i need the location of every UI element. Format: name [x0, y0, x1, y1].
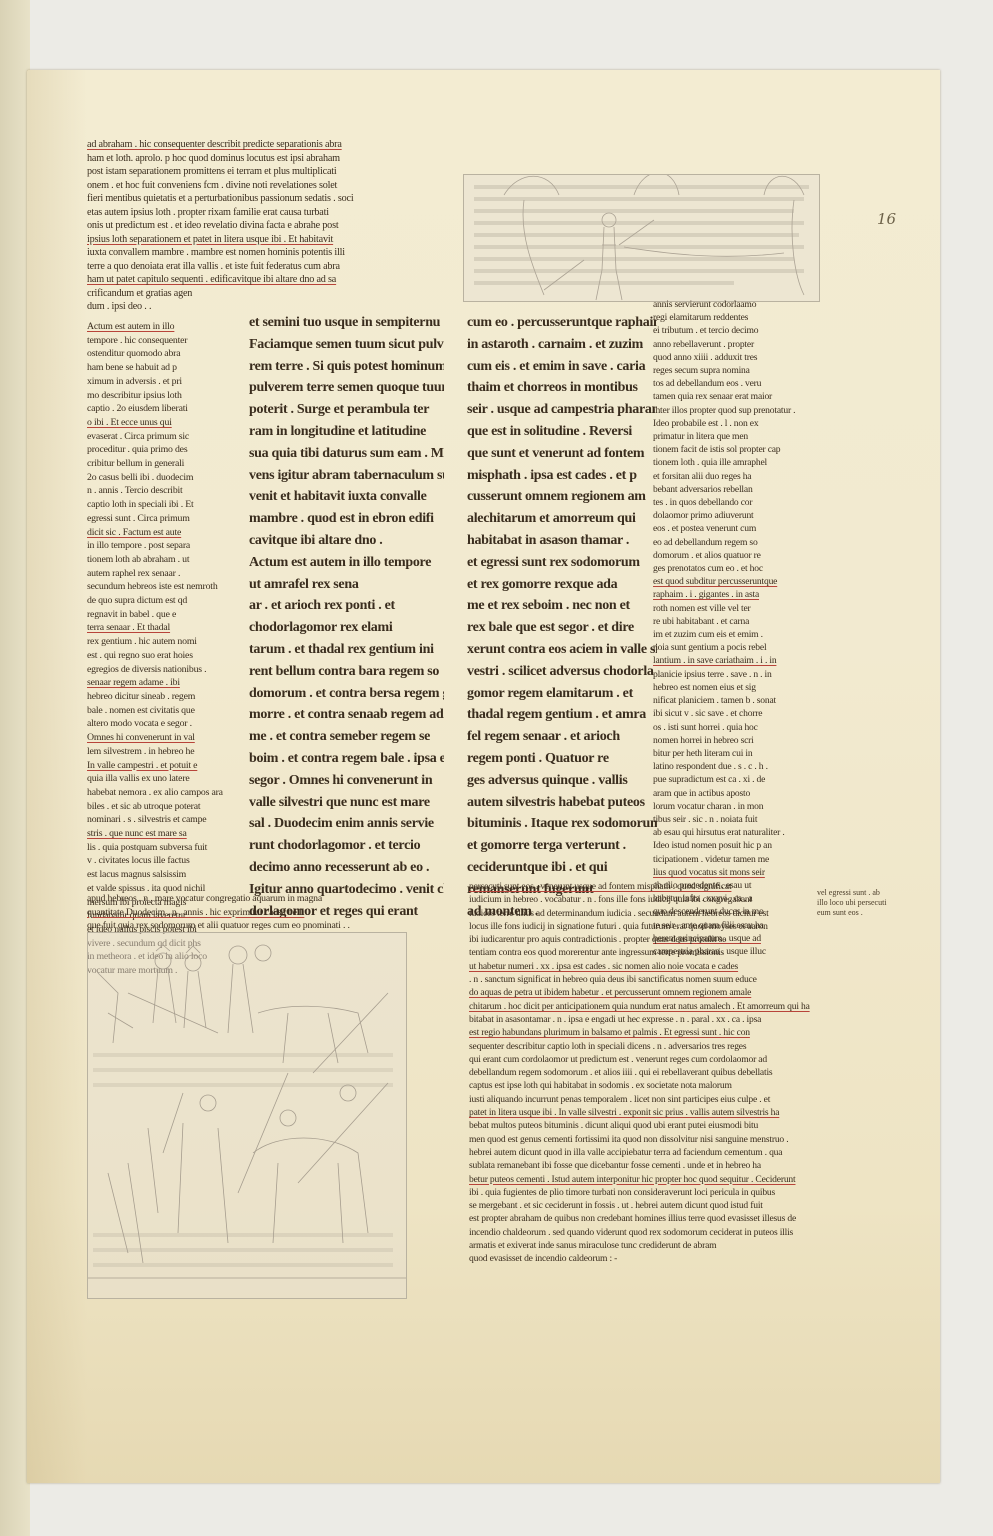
- text-line: egregios de diversis nationibus .: [87, 663, 252, 677]
- text-line: ges prenotatos cum eo . et hoc: [653, 562, 833, 575]
- text-line: post istam separationem promittens ei te…: [87, 165, 427, 179]
- text-line: cribitur bellum in generali: [87, 457, 252, 471]
- text-line: ges adversus quinque . vallis: [467, 770, 657, 792]
- text-line: betur puteos cementi . Istud autem inter…: [469, 1173, 829, 1186]
- text-line: noia sunt gentium a pocis rebel: [653, 641, 833, 654]
- text-line: et gomorre terga verterunt .: [467, 835, 657, 857]
- text-line: pulverem terre semen quoque tuum numerar…: [249, 377, 444, 399]
- text-line: pue supradictum est ca . xi . de: [653, 773, 833, 786]
- text-column-2: cum eo . percusseruntque raphaimin astar…: [467, 312, 657, 922]
- text-line: xerunt contra eos aciem in valle sil: [467, 639, 657, 661]
- text-line: cum eo . percusseruntque raphaim: [467, 312, 657, 334]
- text-line: lantium . in save cariathaim . i . in: [653, 654, 833, 667]
- text-line: thadal regem gentium . et amra: [467, 704, 657, 726]
- manuscript-page: 16 ad abraham . hic consequenter describ…: [27, 70, 940, 1483]
- text-line: in illo tempore . post separa: [87, 539, 252, 553]
- text-line: rem terre . Si quis potest hominum numer…: [249, 356, 444, 378]
- text-line: captio . 2o eiusdem liberati: [87, 402, 252, 416]
- text-line: venit et habitavit iuxta convalle: [249, 486, 444, 508]
- text-line: et semini tuo usque in sempiternu .: [249, 312, 444, 334]
- text-line: decimo anno recesserunt ab eo .: [249, 857, 444, 879]
- text-line: debellandum regem sodomorum . et alios i…: [469, 1066, 829, 1079]
- text-line: illo loco ubi persecuti: [817, 898, 887, 908]
- text-line: onem . et hoc fuit conveniens fcm . divi…: [87, 179, 427, 193]
- text-line: rex gentium . hic autem nomi: [87, 635, 252, 649]
- text-line: vens igitur abram tabernaculum suum .: [249, 465, 444, 487]
- text-line: . n . sanctum significat in hebreo quia …: [469, 973, 829, 986]
- text-line: misphath . ipsa est cades . et p: [467, 465, 657, 487]
- text-line: tibus seir . sic . n . noiata fuit: [653, 813, 833, 826]
- text-line: latino respondent due . s . c . h .: [653, 760, 833, 773]
- text-line: cum eis . et emim in save . caria: [467, 356, 657, 378]
- text-line: valle silvestri que nunc est mare: [249, 792, 444, 814]
- text-line: quia illa vallis ex uno latere: [87, 772, 252, 786]
- text-line: inter illos propter quod sup prenotatur …: [653, 404, 833, 417]
- text-line: tamen quia rex senaar erat maior: [653, 390, 833, 403]
- text-line: iusti aliquando incurrunt penas temporal…: [469, 1093, 829, 1106]
- text-line: ut amrafel rex sena: [249, 574, 444, 596]
- text-line: eum sunt eos .: [817, 908, 887, 918]
- folio-number: 16: [877, 210, 896, 228]
- text-line: fieri mentibus quietatis et a perturbati…: [87, 192, 427, 206]
- text-line: et rex gomorre rexque ada: [467, 574, 657, 596]
- text-line: secundum hebreos iste est nemroth: [87, 580, 252, 594]
- text-line: vel egressi sunt . ab: [817, 888, 887, 898]
- text-line: captio loth in speciali ibi . Et: [87, 498, 252, 512]
- illustration-top-drawing: [463, 174, 820, 302]
- text-line: v . civitates locus ille factus: [87, 854, 252, 868]
- text-line: habitabat in asason thamar .: [467, 530, 657, 552]
- text-line: bebat multos puteos bituminis . dicunt a…: [469, 1119, 829, 1132]
- text-line: mo describitur ipsius loth: [87, 389, 252, 403]
- text-line: ipsius loth separationem et patet in lit…: [87, 233, 427, 247]
- text-line: Actum est autem in illo tempore: [249, 552, 444, 574]
- text-line: chitarum . hoc dicit per anticipationem …: [469, 1000, 829, 1013]
- gloss-bottom-left: apud hebreos . n . mare vocatur congrega…: [87, 892, 427, 933]
- text-line: Ideo probabile est . l . non ex: [653, 417, 833, 430]
- text-line: segor . Omnes hi convenerunt in: [249, 770, 444, 792]
- text-line: ham ut patet capitulo sequenti . edifica…: [87, 273, 427, 287]
- text-line: tarum . et thadal rex gentium ini: [249, 639, 444, 661]
- text-line: n . annis . Tercio describit: [87, 484, 252, 498]
- book-gutter: [0, 0, 30, 1536]
- text-line: bitabat in asasontamar . n . ipsa e enga…: [469, 1013, 829, 1026]
- text-line: autem raphel rex senaar .: [87, 567, 252, 581]
- text-line: regem ponti . Quatuor re: [467, 748, 657, 770]
- text-line: re ubi habitabant . et carna: [653, 615, 833, 628]
- text-line: tempore . hic consequenter: [87, 334, 252, 348]
- text-line: ibi sicut v . sic save . et chorre: [653, 707, 833, 720]
- text-column-1: et semini tuo usque in sempiternu .Facia…: [249, 312, 444, 922]
- text-line: qui erant cum cordolaomor ut predictum e…: [469, 1053, 829, 1066]
- text-line: biles . et sic ab utroque poterat: [87, 800, 252, 814]
- text-line: incendio chaldeorum . sed quando viderun…: [469, 1226, 829, 1239]
- text-line: Actum est autem in illo: [87, 320, 252, 334]
- text-line: et forsitan alii duo reges ha: [653, 470, 833, 483]
- text-line: iudices terre illius ad determinandum iu…: [469, 907, 829, 920]
- text-line: Ideo istud nomen posuit hic p an: [653, 839, 833, 852]
- text-line: ticipationem . videtur tamen me: [653, 853, 833, 866]
- text-line: ei tributum . et tercio decimo: [653, 324, 833, 337]
- text-line: dolaomor primo adiuverunt: [653, 509, 833, 522]
- text-line: annis servierunt codorlaamo: [653, 298, 833, 311]
- text-line: ut habetur numeri . xx . ipsa est cades …: [469, 960, 829, 973]
- text-line: tes . in quos debellando cor: [653, 496, 833, 509]
- gloss-top: ad abraham . hic consequenter describit …: [87, 138, 427, 314]
- text-line: ham et loth. aprolo. p hoc quod dominus …: [87, 152, 427, 166]
- gloss-right-column: annis servierunt codorlaamoregi elamitar…: [653, 298, 833, 958]
- text-line: o ibi . Et ecce unus qui: [87, 416, 252, 430]
- text-line: regi elamitarum reddentes: [653, 311, 833, 324]
- text-line: sequenter describitur captio loth in spe…: [469, 1040, 829, 1053]
- text-line: egressi sunt . Circa primum: [87, 512, 252, 526]
- text-line: terre a quo denoiata erat illa vallis . …: [87, 260, 427, 274]
- text-line: 2o casus belli ibi . duodecim: [87, 471, 252, 485]
- text-line: habebat nemora . ex alio campos ara: [87, 786, 252, 800]
- text-line: men quod est genus cementi fortissimi it…: [469, 1133, 829, 1146]
- text-line: evaserat . Circa primum sic: [87, 430, 252, 444]
- text-line: tentiam contra eos quod morerentur ante …: [469, 946, 829, 959]
- text-line: nomen horrei in hebreo scri: [653, 734, 833, 747]
- marginal-note: vel egressi sunt . abillo loco ubi perse…: [817, 888, 887, 918]
- underdrawing-figure-trees-icon: [464, 175, 819, 301]
- text-line: os . isti sunt horrei . quia hoc: [653, 721, 833, 734]
- text-line: primatur in litera que men: [653, 430, 833, 443]
- text-line: cavitque ibi altare dno .: [249, 530, 444, 552]
- text-line: nificat planiciem . tamen b . sonat: [653, 694, 833, 707]
- text-line: Omnes hi convenerunt in val: [87, 731, 252, 745]
- text-line: senaar regem adame . ibi: [87, 676, 252, 690]
- text-line: ibi iudicarentur pro aquis contradiction…: [469, 933, 829, 946]
- text-line: vestri . scilicet adversus chodorla: [467, 661, 657, 683]
- text-line: morre . et contra senaab regem ada: [249, 704, 444, 726]
- text-line: se mergebant . et sic ceciderunt in foss…: [469, 1199, 829, 1212]
- text-line: iuxta convallem mambre . mambre est nome…: [87, 246, 427, 260]
- text-line: planicie ipsius terre . save . n . in: [653, 668, 833, 681]
- illustration-bottom-drawing: [87, 932, 407, 1299]
- text-line: lem silvestrem . in hebreo he: [87, 745, 252, 759]
- text-line: hebreo est nomen eius et sig: [653, 681, 833, 694]
- text-line: roth nomen est ville vel ter: [653, 602, 833, 615]
- text-line: que est in solitudine . Reversi: [467, 421, 657, 443]
- text-line: sua quia tibi daturus sum eam . Mo: [249, 443, 444, 465]
- text-line: tionem loth . quia ille amraphel: [653, 456, 833, 469]
- text-line: aram que in actibus aposto: [653, 787, 833, 800]
- text-line: proceditur . quia primo des: [87, 443, 252, 457]
- text-line: fel regem senaar . et arioch: [467, 726, 657, 748]
- text-line: tos ad debellandum eos . veru: [653, 377, 833, 390]
- text-line: lius quod vocatus sit mons seir: [653, 866, 833, 879]
- text-line: est propter abraham de quibus non credeb…: [469, 1212, 829, 1225]
- text-line: eo ad debellandum regem so: [653, 536, 833, 549]
- underdrawing-battle-scene-icon: [88, 933, 406, 1298]
- text-line: tionem facit de istis sol propter cap: [653, 443, 833, 456]
- text-line: gomor regem elamitarum . et: [467, 683, 657, 705]
- text-line: In valle campestri . et potuit e: [87, 759, 252, 773]
- text-line: sublata remanebant ibi fosse que diceban…: [469, 1159, 829, 1172]
- text-line: hebreo dicitur sineab . regem: [87, 690, 252, 704]
- text-line: reges secum supra nomina: [653, 364, 833, 377]
- text-line: hebrei autem dicunt quod in illa valle a…: [469, 1146, 829, 1159]
- text-line: seir . usque ad campestria pharan: [467, 399, 657, 421]
- text-line: apud hebreos . n . mare vocatur congrega…: [87, 892, 427, 906]
- text-line: cusserunt omnem regionem am: [467, 486, 657, 508]
- text-line: do aquas de petra ut ibidem habetur . et…: [469, 986, 829, 999]
- text-line: que fuit quia rex sodomorum et alii quat…: [87, 919, 427, 933]
- text-line: eos . et postea venerunt cum: [653, 522, 833, 535]
- text-line: tionem loth ab abraham . ut: [87, 553, 252, 567]
- text-line: ibi . quia fugientes de plio timore turb…: [469, 1186, 829, 1199]
- text-line: bitur per heth literam cui in: [653, 747, 833, 760]
- text-line: boim . et contra regem bale . ipsa est: [249, 748, 444, 770]
- text-line: etas autem ipsius loth . propter rixam f…: [87, 206, 427, 220]
- text-line: ram in longitudine et latitudine: [249, 421, 444, 443]
- text-line: rex bale que est segor . et dire: [467, 617, 657, 639]
- text-line: crificandum et gratias agen: [87, 287, 427, 301]
- text-line: lorum vocatur charan . in mon: [653, 800, 833, 813]
- gloss-left-column: Actum est autem in illotempore . hic con…: [87, 320, 252, 978]
- text-line: ham bene se habuit ad p: [87, 361, 252, 375]
- text-line: que sunt et venerunt ad fontem: [467, 443, 657, 465]
- text-line: iudicium in hebreo . vocabatur . n . fon…: [469, 893, 829, 906]
- text-line: et egressi sunt rex sodomorum: [467, 552, 657, 574]
- text-line: de quo supra dictum est qd: [87, 594, 252, 608]
- text-line: patet in litera usque ibi . In valle sil…: [469, 1106, 829, 1119]
- text-line: poterit . Surge et perambula ter: [249, 399, 444, 421]
- text-line: dicit sic . Factum est aute: [87, 526, 252, 540]
- text-line: captus est ipse loth qui habitabat in so…: [469, 1079, 829, 1092]
- text-line: est lacus magnus salsissim: [87, 868, 252, 882]
- text-line: locus ille fons iudicij in signatione fu…: [469, 920, 829, 933]
- text-line: regnavit in babel . que e: [87, 608, 252, 622]
- text-line: est quod subditur percusseruntque: [653, 575, 833, 588]
- text-line: ar . et arioch rex ponti . et: [249, 595, 444, 617]
- text-line: est regio habundans plurimum in balsamo …: [469, 1026, 829, 1039]
- text-line: Faciamque semen tuum sicut pulve: [249, 334, 444, 356]
- text-line: lis . quia postquam subversa fuit: [87, 841, 252, 855]
- text-line: domorum . et contra bersa regem go: [249, 683, 444, 705]
- text-line: cecideruntque ibi . et qui: [467, 857, 657, 879]
- text-line: mambre . quod est in ebron edifi: [249, 508, 444, 530]
- text-line: im et zuzim cum eis et emim .: [653, 628, 833, 641]
- text-line: quantitate Duodecim . n . annis . hic ex…: [87, 906, 427, 920]
- text-line: terra senaar . Et thadal: [87, 621, 252, 635]
- text-line: domorum . et alios quatuor re: [653, 549, 833, 562]
- text-line: ab esau qui hirsutus erat naturaliter .: [653, 826, 833, 839]
- text-line: est . qui regno suo erat hoies: [87, 649, 252, 663]
- text-line: quod anno xiiii . adduxit tres: [653, 351, 833, 364]
- text-line: sal . Duodecim enim annis servie: [249, 813, 444, 835]
- text-line: stris . que nunc est mare sa: [87, 827, 252, 841]
- text-line: chodorlagomor rex elami: [249, 617, 444, 639]
- text-line: armatis et exiverat inde sanus miraculos…: [469, 1239, 829, 1252]
- text-line: me . et contra semeber regem se: [249, 726, 444, 748]
- text-line: me et rex seboim . nec non et: [467, 595, 657, 617]
- text-line: bebant adversarios rebellan: [653, 483, 833, 496]
- text-line: rent bellum contra bara regem so: [249, 661, 444, 683]
- gloss-bottom-right: persecuti sunt eos . venerunt usque ad f…: [469, 880, 829, 1266]
- text-line: thaim et chorreos in montibus: [467, 377, 657, 399]
- text-line: autem silvestris habebat puteos: [467, 792, 657, 814]
- text-line: alechitarum et amorreum qui: [467, 508, 657, 530]
- text-line: ximum in adversis . et pri: [87, 375, 252, 389]
- text-line: nominari . s . silvestris et campe: [87, 813, 252, 827]
- text-line: bituminis . Itaque rex sodomorum: [467, 813, 657, 835]
- text-line: onis ut predictum est . et ideo revelati…: [87, 219, 427, 233]
- text-line: altero modo vocata e segor .: [87, 717, 252, 731]
- text-line: bale . nomen est civitatis que: [87, 704, 252, 718]
- text-line: in astaroth . carnaim . et zuzim: [467, 334, 657, 356]
- text-line: persecuti sunt eos . venerunt usque ad f…: [469, 880, 829, 893]
- text-line: ostenditur quomodo abra: [87, 347, 252, 361]
- text-line: quod evasisset de incendio caldeorum : -: [469, 1252, 829, 1265]
- text-line: ad abraham . hic consequenter describit …: [87, 138, 427, 152]
- text-line: anno rebellaverunt . propter: [653, 338, 833, 351]
- text-line: raphaim . i . gigantes . in asta: [653, 588, 833, 601]
- text-line: runt chodorlagomor . et tercio: [249, 835, 444, 857]
